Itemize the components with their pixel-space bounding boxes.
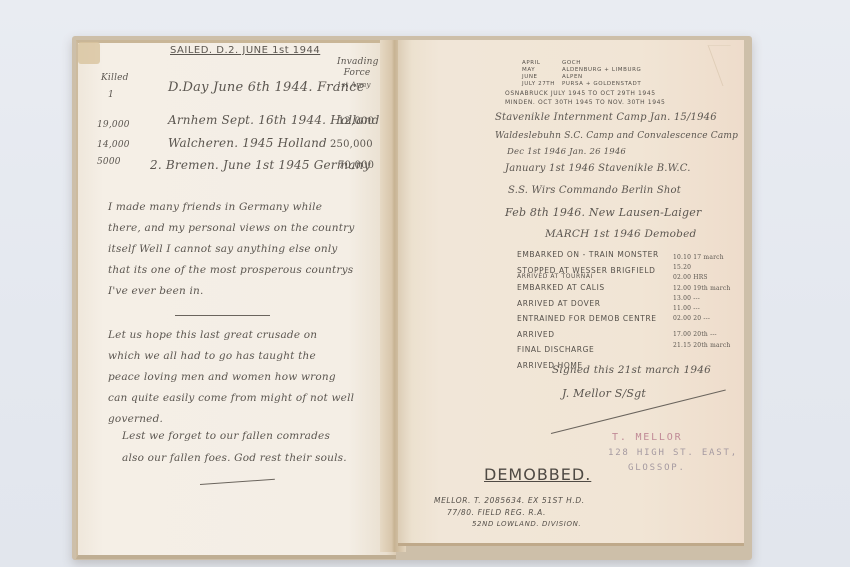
signature: J. Mellor S/Sgt bbox=[562, 387, 646, 400]
demob-step: ENTRAINED FOR DEMOB CENTRE bbox=[517, 311, 659, 327]
itinerary-lines: OSNABRUCK JULY 1945 to Oct 29th 1945 MIN… bbox=[505, 89, 665, 107]
journey-line: Waldeslebuhn S.C. Camp and Convalescence… bbox=[495, 131, 738, 141]
killed-value: 14,000 bbox=[97, 140, 130, 150]
invading-force-value: 12,000 bbox=[338, 116, 374, 127]
paragraph-crusade: Let us hope this last great crusade on w… bbox=[108, 325, 354, 430]
stamp-address-street: 128 HIGH ST. EAST, bbox=[608, 448, 738, 458]
text-line: there, and my personal views on the coun… bbox=[108, 218, 354, 239]
itinerary-months: APRIL MAY JUNE JULY 27th bbox=[522, 60, 555, 88]
invading-force-value: 70,000 bbox=[338, 160, 374, 171]
text-line: itself Well I cannot say anything else o… bbox=[108, 239, 354, 260]
killed-value: 5000 bbox=[97, 157, 121, 167]
demob-step: ARRIVED AT DOVER bbox=[517, 296, 659, 312]
demob-time: 13.00 --- bbox=[673, 294, 730, 304]
journey-line: Feb 8th 1946. New Lausen-Laiger bbox=[505, 206, 701, 219]
killed-value: 19,000 bbox=[97, 120, 130, 130]
service-line: MELLOR. T. 2085634. EX 51st H.D. bbox=[434, 496, 585, 505]
month: JUNE bbox=[522, 74, 555, 81]
journey-line: S.S. Wirs Commando Berlin Shot bbox=[508, 185, 681, 196]
text-line: can quite easily come from might of not … bbox=[108, 388, 354, 409]
invading-force-value: 250,000 bbox=[330, 139, 373, 150]
demob-time: 17.00 20th --- bbox=[673, 330, 730, 340]
killed-label: Killed bbox=[101, 73, 129, 83]
journey-line: Stavenikle Internment Camp Jan. 15/1946 bbox=[495, 112, 717, 123]
demob-time: 02.00 HRS bbox=[673, 273, 730, 283]
campaign-row: D.Day June 6th 1944. France bbox=[168, 80, 365, 95]
signed-line: Signed this 21st march 1946 bbox=[552, 364, 711, 376]
demob-date-line: MARCH 1st 1946 Demobed bbox=[545, 228, 696, 240]
left-page-header: SAILED. D.2. JUNE 1st 1944 bbox=[170, 45, 320, 56]
demob-times: 10.10 17 march 15.20 02.00 HRS 12.00 19t… bbox=[673, 253, 730, 351]
itinerary-places: GOCH ALDENBURG + LIMBURG ALPEN PURSA + G… bbox=[562, 60, 641, 88]
open-book: SAILED. D.2. JUNE 1st 1944 Killed Invadi… bbox=[0, 0, 850, 567]
demob-time: 12.00 19th march bbox=[673, 284, 730, 294]
journey-line: January 1st 1946 Stavenikle B.W.C. bbox=[505, 163, 691, 174]
text-line: that its one of the most prosperous coun… bbox=[108, 260, 354, 281]
stamp-address-town: GLOSSOP. bbox=[628, 463, 686, 473]
service-line: 52nd LOWLAND. DIVISION. bbox=[472, 520, 581, 528]
demob-steps: EMBARKED ON - TRAIN MONSTER STOPPED AT W… bbox=[517, 247, 659, 373]
demob-step: EMBARKED ON - TRAIN MONSTER bbox=[517, 247, 659, 263]
month: APRIL bbox=[522, 60, 555, 67]
demob-time: 02.00 20 --- bbox=[673, 314, 730, 324]
text-line: Let us hope this last great crusade on bbox=[108, 325, 354, 346]
paragraph-lest-we-forget: Lest we forget to our fallen comrades al… bbox=[122, 425, 347, 469]
stamp-name: T. MELLOR bbox=[612, 432, 682, 443]
text-line: which we all had to go has taught the bbox=[108, 346, 354, 367]
itinerary-line: MINDEN. Oct 30th 1945 to NOV. 30th 1945 bbox=[505, 98, 665, 107]
demob-time: 21.15 20th march bbox=[673, 341, 730, 351]
place: ALPEN bbox=[562, 74, 641, 81]
campaign-row: Walcheren. 1945 Holland bbox=[168, 136, 327, 150]
paragraph-friends: I made many friends in Germany while the… bbox=[108, 197, 354, 302]
text-line: Lest we forget to our fallen comrades bbox=[122, 425, 347, 447]
demobbed-title: DEMOBBED. bbox=[484, 465, 591, 484]
text-line: I've ever been in. bbox=[108, 281, 354, 302]
place: ALDENBURG + LIMBURG bbox=[562, 67, 641, 74]
text-line: I made many friends in Germany while bbox=[108, 197, 354, 218]
demob-time: 15.20 bbox=[673, 263, 730, 273]
month: JULY 27th bbox=[522, 81, 555, 88]
invading-force-label: Invading Force bbox=[337, 57, 377, 79]
divider bbox=[175, 315, 270, 316]
month: MAY bbox=[522, 67, 555, 74]
demob-time: 10.10 17 march bbox=[673, 253, 730, 263]
demob-step: ARRIVED bbox=[517, 327, 659, 343]
itinerary-line: OSNABRUCK JULY 1945 to Oct 29th 1945 bbox=[505, 89, 665, 98]
text-line: peace loving men and women how wrong bbox=[108, 367, 354, 388]
torn-corner bbox=[78, 42, 100, 64]
demob-time: 11.00 --- bbox=[673, 304, 730, 314]
killed-value: 1 bbox=[108, 90, 114, 100]
text-line: also our fallen foes. God rest their sou… bbox=[122, 447, 347, 469]
demob-step: FINAL DISCHARGE bbox=[517, 342, 659, 358]
demob-step: EMBARKED AT CALIS bbox=[517, 280, 659, 296]
place: GOCH bbox=[562, 60, 641, 67]
journey-line: Dec 1st 1946 Jan. 26 1946 bbox=[507, 147, 626, 157]
service-line: 77/80. FIELD REG. R.A. bbox=[447, 508, 546, 517]
place: PURSA + GOLDENSTADT bbox=[562, 81, 641, 88]
